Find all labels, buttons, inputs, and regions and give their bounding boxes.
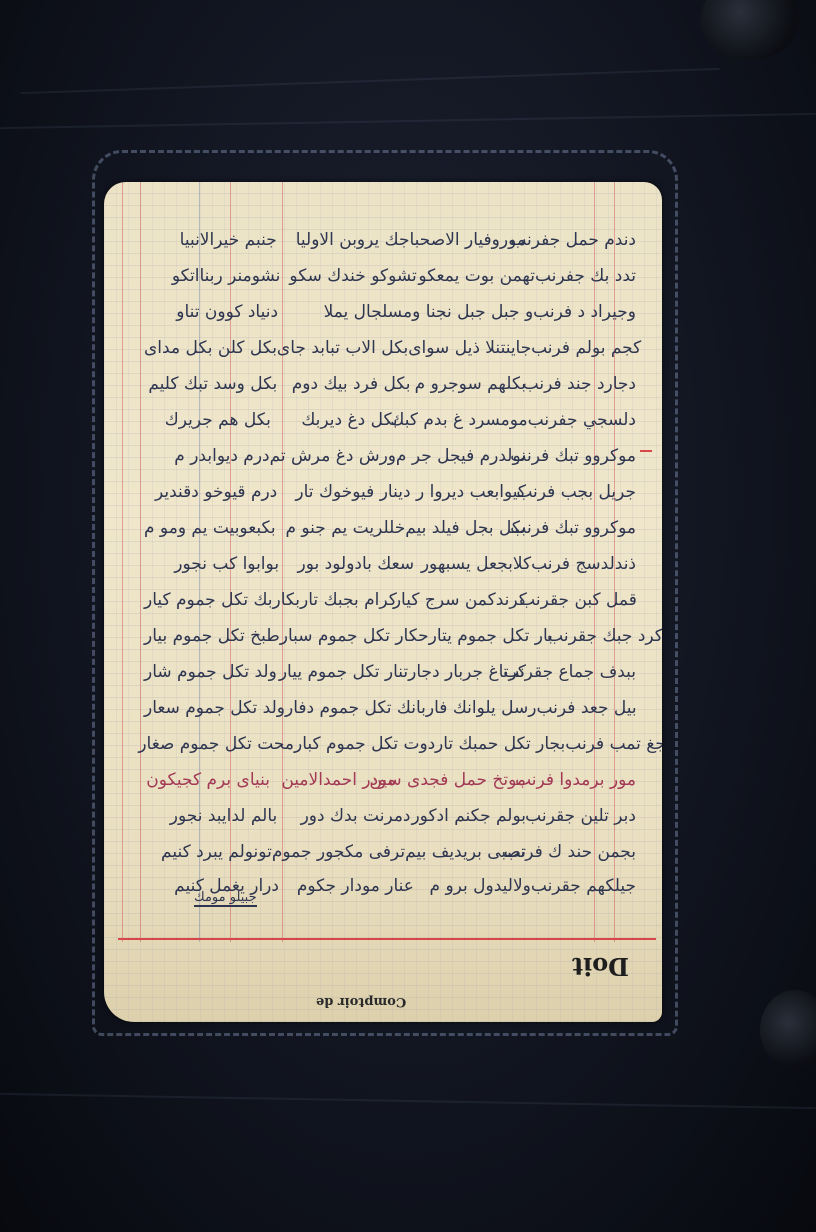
camera-equipment xyxy=(760,990,816,1070)
line-segment: سعك بادولود بور xyxy=(279,554,414,574)
line-segment: عنار مودار جكوم xyxy=(279,876,414,896)
line-segment: بيل جعد فرنب xyxy=(536,698,636,718)
line-segment: تصبى بريديف بيم xyxy=(405,842,526,862)
line-segment: موتخ حمل فجدى سين xyxy=(396,770,526,790)
line-segment: قمل كبن جقرنب xyxy=(527,590,637,610)
margin-rule xyxy=(140,182,141,942)
signature: جبيلو مومك xyxy=(194,890,257,907)
line-segment: ولاليدول برو م xyxy=(414,876,531,896)
line-segment: بكل فرد بيك دوم xyxy=(277,374,410,394)
line-segment: بجمن حند ك فرنب xyxy=(526,842,636,862)
line-segment: مور برمدوا فرنب xyxy=(526,770,636,790)
ledger-bottom-rule xyxy=(118,938,656,940)
line-segment: مومسرد غ بدم كبك xyxy=(398,410,528,430)
line-segment: بكل الاب تبابد جاى xyxy=(277,338,408,358)
manuscript-line: بالم لدايبد نجور دمرنت بدك دور بولم جكنم… xyxy=(144,800,636,832)
line-segment: ولد تكل جموم سعار xyxy=(144,698,285,718)
line-segment: بكل كلن بكل مداى xyxy=(144,338,277,358)
line-segment: حكار تكل جموم سبار xyxy=(280,626,429,646)
line-segment: بكل هم جريرك xyxy=(144,410,271,430)
line-segment: تونولم يبرد كنيم xyxy=(144,842,272,862)
line-segment: موروفيار الاصحبا xyxy=(410,230,527,250)
line-segment: دينار فيوخوك تار xyxy=(277,482,410,502)
line-segment: كجغ تمب فرنب xyxy=(565,734,662,754)
line-segment: دندم حمل جفرنب xyxy=(526,230,636,250)
line-segment: كجم بولم فرنب xyxy=(531,338,641,358)
line-segment: جاينتنلا ذيل سواى xyxy=(408,338,531,358)
cloth-fold xyxy=(0,1093,816,1109)
line-segment: جيلكهم جقرنب xyxy=(531,876,636,896)
line-segment: دوت تكل جموم كبار xyxy=(294,734,435,754)
manuscript-line-accent: بنياى برم كجيكون مودر احمدالامين موتخ حم… xyxy=(144,764,636,796)
manuscript-line: بكل وسد تبك كليم بكل فرد بيك دوم بكلهم س… xyxy=(144,368,636,400)
line-segment: كرتاغ جربار دجار xyxy=(408,662,526,682)
line-segment: تهمن بوت يمعكو xyxy=(417,266,535,286)
manuscript-line: بك تكل جموم كيار كرام بجبك تاربكار كرندك… xyxy=(144,584,636,616)
line-segment: موكروو تبك فرنب xyxy=(526,446,636,466)
line-segment: ببدف جماع جقرنب xyxy=(526,662,636,682)
manuscript-line: بوابوا كب نجور سعك بادولود بور كلابجعل ي… xyxy=(144,548,636,580)
line-segment: بكبعوبيت يم ومو م xyxy=(144,518,276,538)
printed-heading-comptoir: Comptoir de xyxy=(316,994,406,1009)
line-segment: تدد بك جفرنب xyxy=(535,266,636,286)
line-segment: مودر احمدالامين xyxy=(270,770,396,790)
margin-rule xyxy=(122,182,123,942)
manuscript-line: بكبعوبيت يم ومو م خللريت يم جنو م بكل بج… xyxy=(144,512,636,544)
manuscript-line: درم ديوابدر م ورش دغ مرش تم نولدرم فيجل … xyxy=(144,440,636,472)
line-segment: مسلجال يملا xyxy=(278,302,412,322)
manuscript-line: طبخ تكل جموم بيار حكار تكل جموم سبار بار… xyxy=(144,620,636,652)
line-segment: بالم لدايبد نجور xyxy=(144,806,277,826)
line-segment: دنياد كوون تناو xyxy=(144,302,278,322)
line-segment: كيوابعب ديروا ر xyxy=(411,482,526,502)
line-segment: جريل بجب فرنب xyxy=(526,482,636,502)
line-segment: بوابوا كب نجور xyxy=(144,554,279,574)
line-segment: كرندكمن سرج كيار xyxy=(397,590,527,610)
manuscript-line: بكل هم جريرك بكل دغ ديربك مومسرد غ بدم ك… xyxy=(144,404,636,436)
line-segment: و جبل جبل نجنا و xyxy=(412,302,533,322)
line-segment: محت تكل جموم صغار xyxy=(144,734,294,754)
manuscript-page: جنبم خيرالانبيا جك يروبن الاوليا موروفيا… xyxy=(104,182,662,1022)
line-segment: بانك تكل جموم دفار xyxy=(285,698,426,718)
manuscript-line: دنياد كوون تناو مسلجال يملا و جبل جبل نج… xyxy=(144,296,636,328)
manuscript-line: محت تكل جموم صغار دوت تكل جموم كبار بجار… xyxy=(144,728,636,760)
line-segment: بكل وسد تبك كليم xyxy=(144,374,277,394)
line-segment: دمرنت بدك دور xyxy=(277,806,410,826)
line-segment: بكلهم سوجرو م xyxy=(411,374,526,394)
cloth-fold xyxy=(20,68,720,94)
camera-equipment xyxy=(700,0,800,60)
manuscript-line: ولد تكل جموم شار تنار تكل جموم ييار كرتا… xyxy=(144,656,636,688)
line-segment: بكل دغ ديربك xyxy=(271,410,398,430)
line-segment: طبخ تكل جموم بيار xyxy=(144,626,280,646)
line-segment: رسل يلوانك فار xyxy=(426,698,537,718)
line-segment: وجيراد د فرنب xyxy=(533,302,636,322)
line-segment: درم قيوخو دقندير xyxy=(144,482,277,502)
red-mark xyxy=(640,450,652,452)
manuscript-line: جنبم خيرالانبيا جك يروبن الاوليا موروفيا… xyxy=(144,224,636,256)
line-segment: نولدرم فيجل جر م xyxy=(396,446,526,466)
line-segment: موكروو تبك فرنب xyxy=(526,518,636,538)
line-segment: جنبم خيرالانبيا xyxy=(144,230,277,250)
line-segment: دلسجي جفرنب xyxy=(528,410,636,430)
line-segment: كرام بجبك تاربكار xyxy=(273,590,397,610)
line-segment: ورش دغ مرش تم xyxy=(270,446,396,466)
line-segment: دجارد جند فرنب xyxy=(526,374,636,394)
line-segment: بولم جكنم ادكور xyxy=(411,806,526,826)
manuscript-line: درم قيوخو دقندير دينار فيوخوك تار كيوابع… xyxy=(144,476,636,508)
line-segment: بجار تكل حمبك تار xyxy=(435,734,565,754)
line-segment: نشومنر ربنااتكو xyxy=(144,266,280,286)
line-segment: تنار تكل جموم ييار xyxy=(277,662,408,682)
manuscript-line: ولد تكل جموم سعار بانك تكل جموم دفار رسل… xyxy=(144,692,636,724)
line-segment: تشوكو خندك سكو xyxy=(280,266,416,286)
line-segment: درم ديوابدر م xyxy=(144,446,270,466)
line-segment: ترفى مكجور جموم xyxy=(272,842,405,862)
cloth-fold xyxy=(0,113,816,129)
manuscript-line: بكل كلن بكل مداى بكل الاب تبابد جاى جاين… xyxy=(144,332,636,364)
manuscript-line: نشومنر ربنااتكو تشوكو خندك سكو تهمن بوت … xyxy=(144,260,636,292)
line-segment: بك تكل جموم كيار xyxy=(144,590,273,610)
line-segment: كرد جبك جقرنب xyxy=(553,626,662,646)
line-segment: بار تكل جموم يتار xyxy=(429,626,553,646)
line-segment: جك يروبن الاوليا xyxy=(277,230,410,250)
line-segment: دبر تلين جقرنب xyxy=(526,806,636,826)
line-segment: كلابجعل يسبهور xyxy=(414,554,531,574)
line-segment: بنياى برم كجيكون xyxy=(144,770,270,790)
line-segment: خللريت يم جنو م xyxy=(276,518,406,538)
printed-heading-doit: Doit xyxy=(572,952,629,981)
line-segment: ولد تكل جموم شار xyxy=(144,662,277,682)
manuscript-line: تونولم يبرد كنيم ترفى مكجور جموم تصبى بر… xyxy=(144,836,636,868)
line-segment: ذندلدسج فرنب xyxy=(531,554,636,574)
line-segment: بكل بجل فيلد بيم xyxy=(405,518,526,538)
